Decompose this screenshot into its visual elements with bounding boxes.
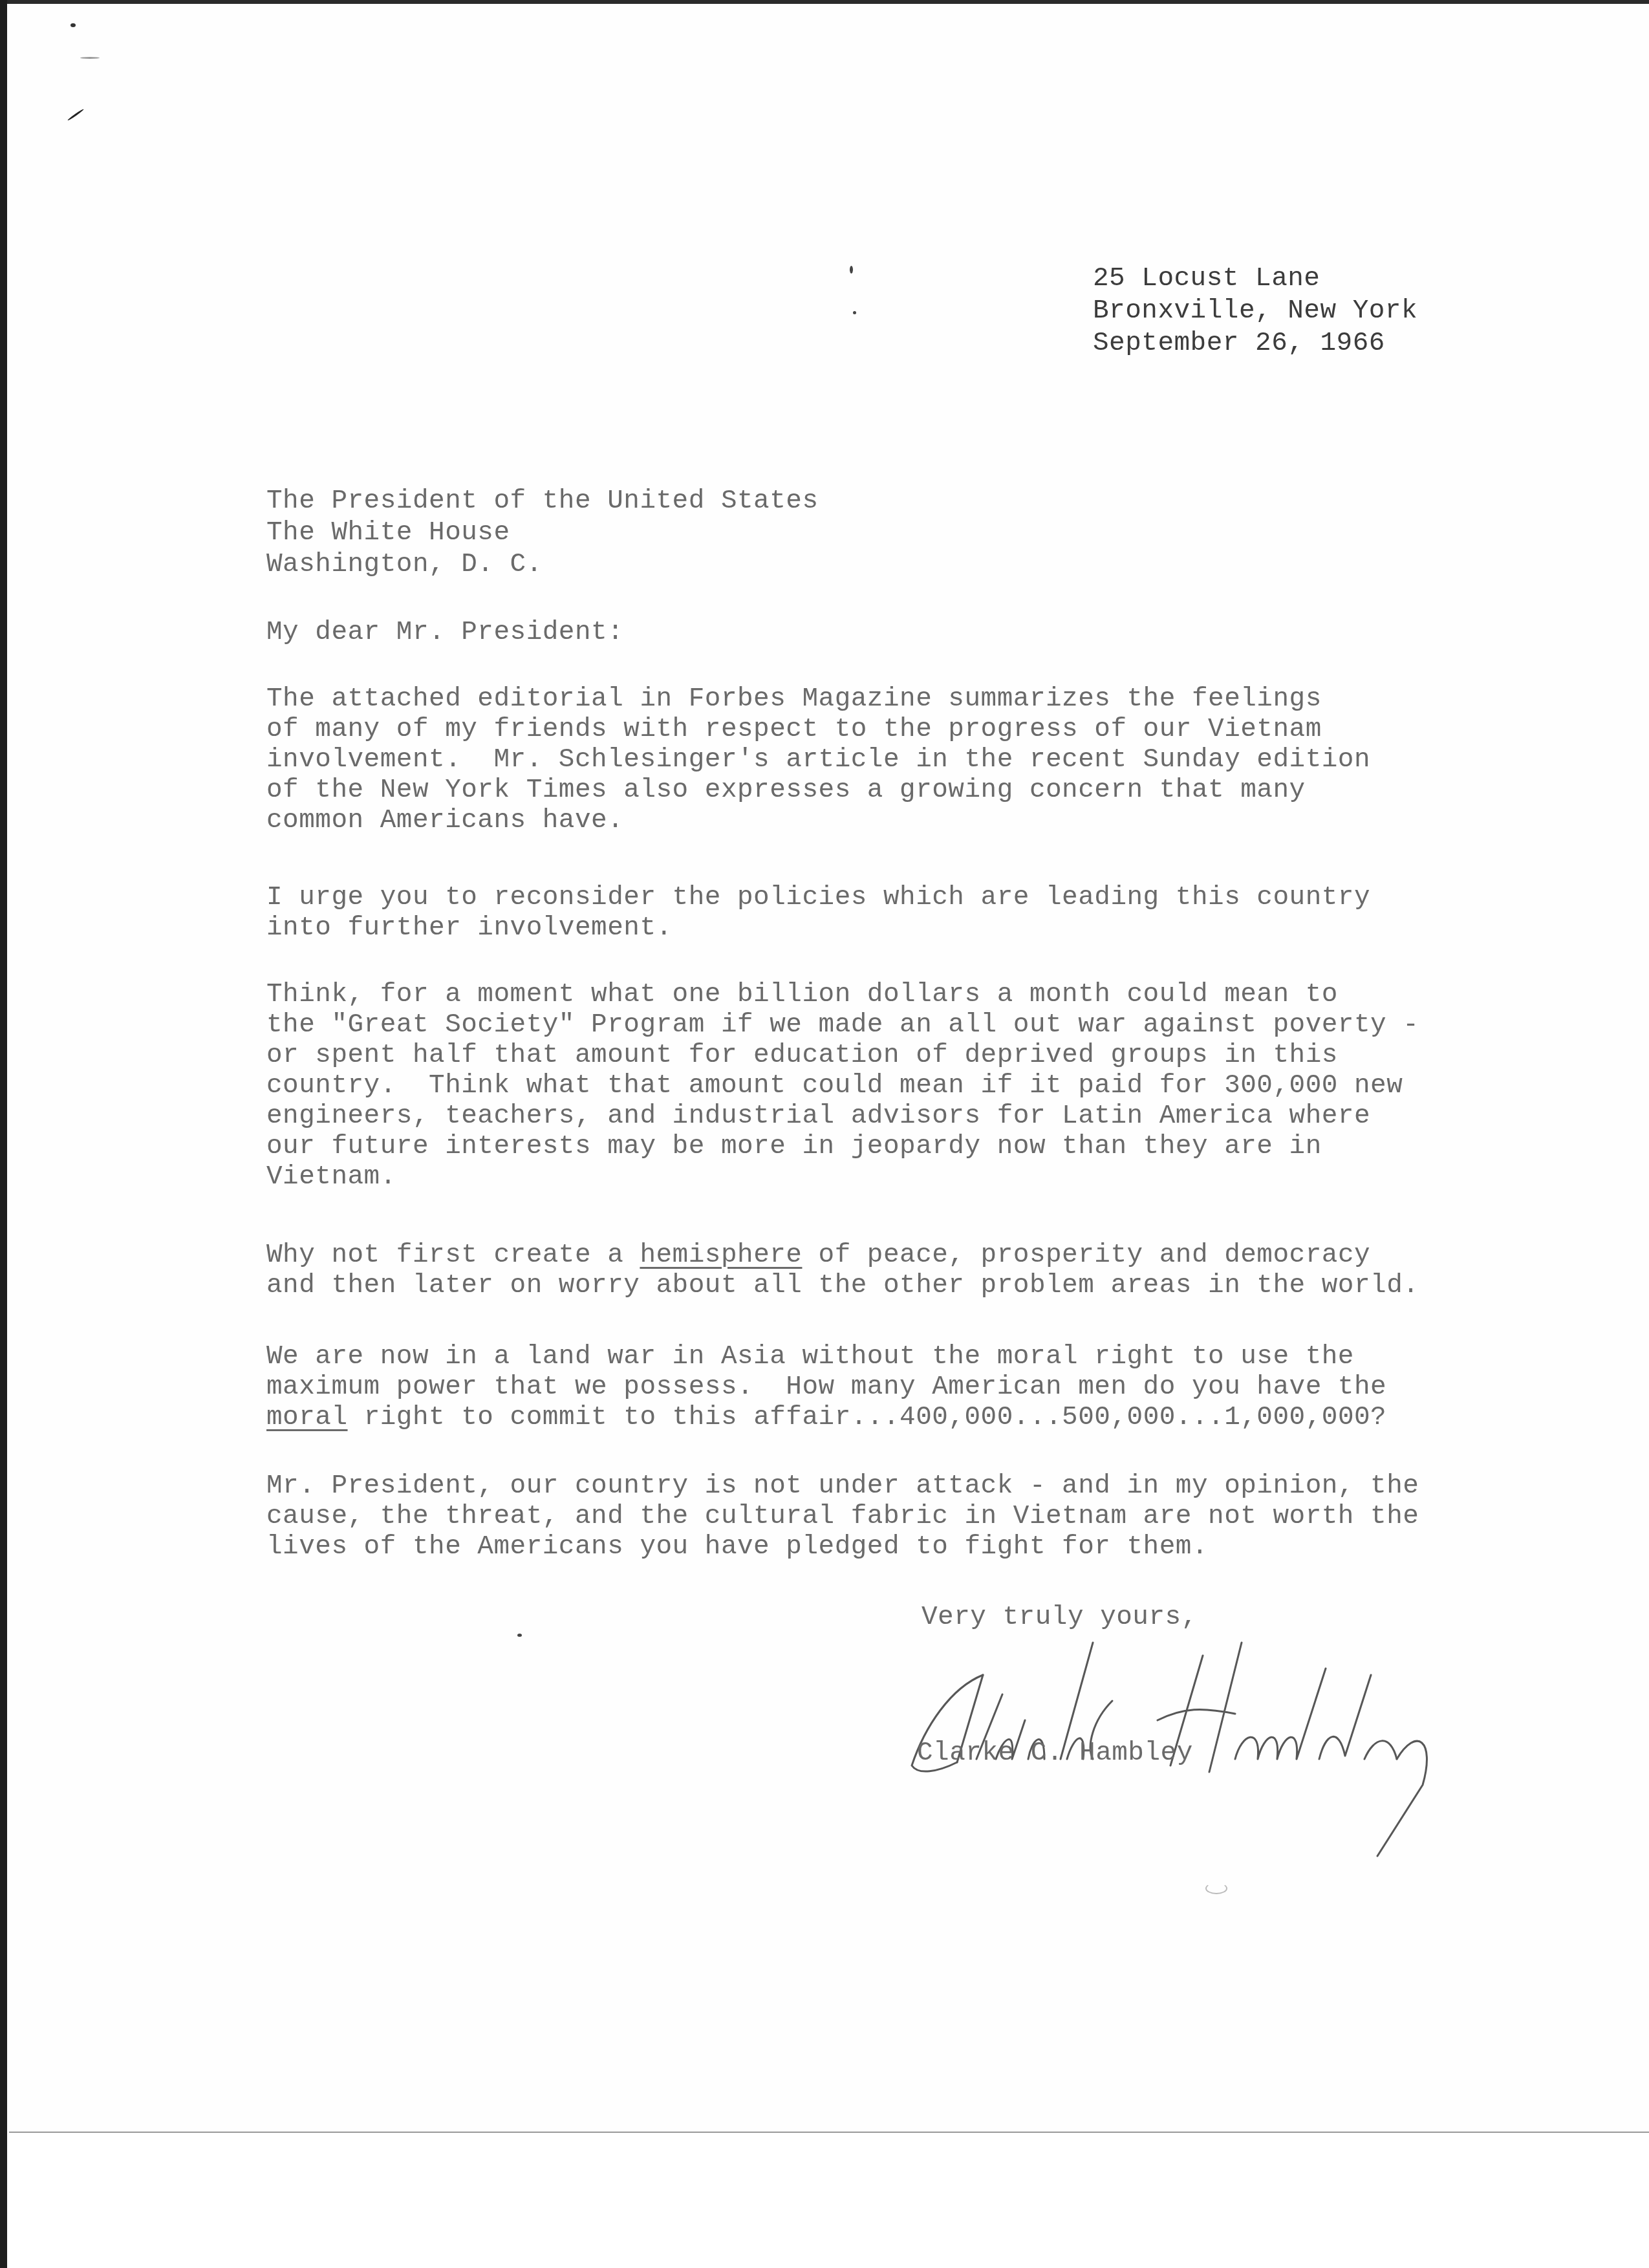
paragraph-line: or spent half that amount for education … xyxy=(266,1041,1419,1071)
return-street: 25 Locust Lane xyxy=(1093,264,1320,294)
paragraph-line: common Americans have. xyxy=(266,806,1370,836)
text-run: right to commit to this affair...400,000… xyxy=(348,1403,1387,1432)
paragraph-line: of many of my friends with respect to th… xyxy=(266,715,1370,745)
recipient-line-1: The President of the United States xyxy=(266,486,819,517)
paragraph-line: cause, the threat, and the cultural fabr… xyxy=(266,1502,1419,1532)
paragraph-line: Why not first create a hemisphere of pea… xyxy=(266,1240,1419,1271)
body-paragraph-3: Think, for a moment what one billion dol… xyxy=(266,980,1419,1193)
paragraph-line: and then later on worry about all the ot… xyxy=(266,1271,1419,1301)
scanner-left-edge xyxy=(0,0,7,2268)
recipient-line-2: The White House xyxy=(266,518,510,548)
closing: Very truly yours, xyxy=(921,1603,1198,1633)
paragraph-line: I urge you to reconsider the policies wh… xyxy=(266,883,1370,913)
paragraph-line: Vietnam. xyxy=(266,1162,1419,1193)
paragraph-line: involvement. Mr. Schlesinger's article i… xyxy=(266,745,1370,775)
paragraph-line: engineers, teachers, and industrial advi… xyxy=(266,1101,1419,1132)
paragraph-line: moral right to commit to this affair...4… xyxy=(266,1403,1386,1433)
scan-speck xyxy=(80,57,100,59)
scan-speck xyxy=(517,1634,522,1637)
paragraph-line: We are now in a land war in Asia without… xyxy=(266,1342,1386,1372)
paragraph-line: Mr. President, our country is not under … xyxy=(266,1471,1419,1502)
paragraph-line: The attached editorial in Forbes Magazin… xyxy=(266,684,1370,715)
body-paragraph-6: Mr. President, our country is not under … xyxy=(266,1471,1419,1562)
letter-date: September 26, 1966 xyxy=(1093,329,1385,359)
paragraph-line: maximum power that we possess. How many … xyxy=(266,1372,1386,1403)
recipient-line-3: Washington, D. C. xyxy=(266,550,543,580)
body-paragraph-2: I urge you to reconsider the policies wh… xyxy=(266,883,1370,944)
underlined-word: moral xyxy=(266,1403,348,1432)
paragraph-line: lives of the Americans you have pledged … xyxy=(266,1532,1419,1562)
paragraph-line: Think, for a moment what one billion dol… xyxy=(266,980,1419,1010)
text-run: Why not first create a xyxy=(266,1240,640,1270)
return-city: Bronxville, New York xyxy=(1093,296,1417,327)
signer-name: Clarke C. Hambley xyxy=(917,1738,1193,1769)
paragraph-line: of the New York Times also expresses a g… xyxy=(266,775,1370,806)
salutation: My dear Mr. President: xyxy=(266,618,623,648)
scan-speck xyxy=(1205,1883,1227,1894)
paragraph-line: country. Think what that amount could me… xyxy=(266,1071,1419,1101)
scan-speck xyxy=(67,109,84,122)
body-paragraph-5: We are now in a land war in Asia without… xyxy=(266,1342,1386,1433)
underlined-word: hemisphere xyxy=(640,1240,802,1270)
scan-speck xyxy=(853,311,856,314)
scan-speck xyxy=(70,23,76,27)
paragraph-line: our future interests may be more in jeop… xyxy=(266,1132,1419,1162)
scan-speck xyxy=(850,266,853,274)
body-paragraph-1: The attached editorial in Forbes Magazin… xyxy=(266,684,1370,836)
paragraph-line: the "Great Society" Program if we made a… xyxy=(266,1010,1419,1041)
body-paragraph-4: Why not first create a hemisphere of pea… xyxy=(266,1240,1419,1301)
text-run: of peace, prosperity and democracy xyxy=(802,1240,1370,1270)
paragraph-line: into further involvement. xyxy=(266,913,1370,944)
